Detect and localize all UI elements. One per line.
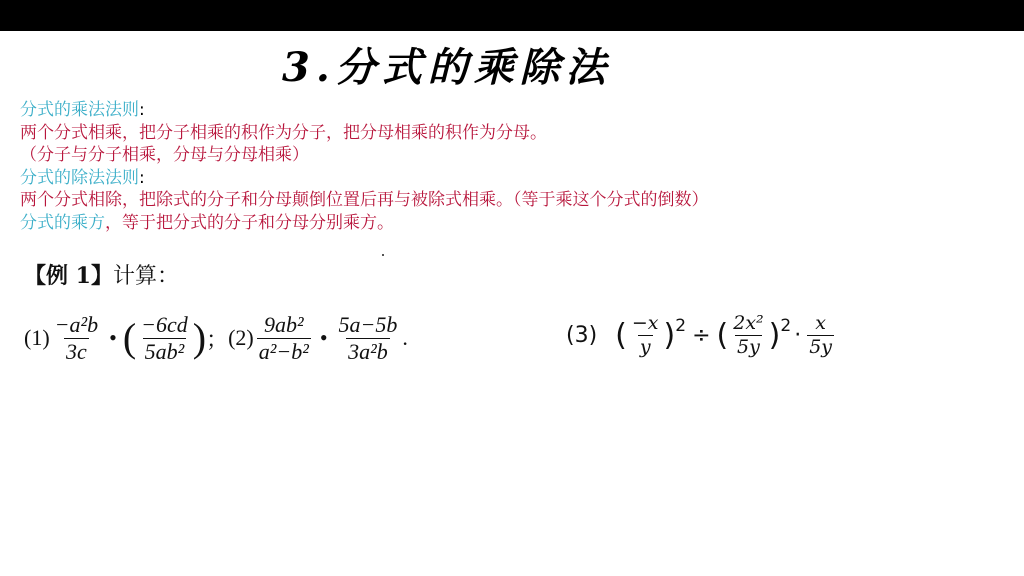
- multiply-note: （分子与分子相乘，分母与分母相乘）: [20, 144, 709, 167]
- left-paren: (: [717, 318, 729, 353]
- problem-3: (3) ( −x y ) 2 ÷ ( 2x² 5y ) 2 · x 5y: [566, 312, 837, 359]
- bracket-open: 【: [24, 263, 46, 289]
- exponent: 2: [675, 316, 686, 336]
- problems-1-2: (1) −a²b 3c • ( −6cd 5ab² ) ； (2) 9ab² a…: [24, 303, 408, 373]
- right-paren: ): [193, 318, 206, 358]
- fraction: −x y: [630, 312, 661, 359]
- fraction: 5a−5b 3a²b: [337, 312, 400, 365]
- divide-heading-line: 分式的除法法则:: [20, 167, 709, 190]
- multiply-heading-line: 分式的乘法法则:: [20, 99, 709, 122]
- denominator: 5ab²: [143, 338, 187, 365]
- power-heading: 分式的乘方: [20, 213, 105, 233]
- numerator: −x: [630, 312, 661, 335]
- denominator: 5y: [735, 335, 762, 359]
- left-paren: (: [615, 318, 627, 353]
- numerator: 9ab²: [262, 312, 306, 338]
- problem-3-index: (3): [566, 323, 597, 348]
- stray-dot: [382, 254, 384, 256]
- bracket-close: 】: [91, 263, 113, 289]
- separator: ；: [206, 323, 228, 354]
- denominator: 5y: [807, 335, 834, 359]
- power-rule: ，等于把分式的分子和分母分别乘方。: [105, 213, 394, 233]
- denominator: 3a²b: [346, 338, 390, 365]
- problem-2-index: (2): [228, 325, 254, 351]
- period: .: [402, 325, 408, 351]
- page-title: 3.分式的乘除法: [282, 36, 612, 93]
- power-rule-line: 分式的乘方，等于把分式的分子和分母分别乘方。: [20, 212, 709, 235]
- divide-heading: 分式的除法法则: [20, 168, 139, 188]
- divide-sign: ÷: [692, 323, 710, 348]
- numerator: −6cd: [139, 312, 190, 338]
- left-paren: (: [123, 318, 136, 358]
- multiply-rule: 两个分式相乘，把分子相乘的积作为分子，把分母相乘的积作为分母。: [20, 122, 709, 145]
- fraction: 9ab² a²−b²: [257, 312, 311, 365]
- numerator: −a²b: [53, 312, 100, 338]
- multiply-dot: ·: [794, 323, 801, 348]
- multiply-dot: •: [109, 325, 117, 351]
- denominator: 3c: [64, 338, 89, 365]
- fraction: x 5y: [807, 312, 834, 359]
- fraction: −a²b 3c: [53, 312, 100, 365]
- numerator: 2x²: [731, 312, 765, 335]
- multiply-dot: •: [320, 325, 328, 351]
- numerator: 5a−5b: [337, 312, 400, 338]
- colon: :: [139, 100, 145, 120]
- example-heading: 【例 1】计算：: [24, 259, 179, 290]
- multiply-heading: 分式的乘法法则: [20, 100, 139, 120]
- colon: :: [139, 168, 145, 188]
- fraction: −6cd 5ab²: [139, 312, 190, 365]
- right-paren: ): [769, 318, 781, 353]
- top-black-bar: [0, 0, 1024, 31]
- problem-1-index: (1): [24, 325, 50, 351]
- divide-rule: 两个分式相除，把除式的分子和分母颠倒位置后再与被除式相乘。（等于乘这个分式的倒数…: [20, 189, 709, 212]
- example-task: 计算：: [113, 264, 179, 289]
- right-paren: ): [664, 318, 676, 353]
- rules-section: 分式的乘法法则: 两个分式相乘，把分子相乘的积作为分子，把分母相乘的积作为分母。…: [20, 99, 709, 234]
- fraction: 2x² 5y: [731, 312, 765, 359]
- denominator: y: [638, 335, 653, 359]
- denominator: a²−b²: [257, 338, 311, 365]
- exponent: 2: [780, 316, 791, 336]
- numerator: x: [813, 312, 828, 335]
- example-label: 例 1: [46, 263, 91, 289]
